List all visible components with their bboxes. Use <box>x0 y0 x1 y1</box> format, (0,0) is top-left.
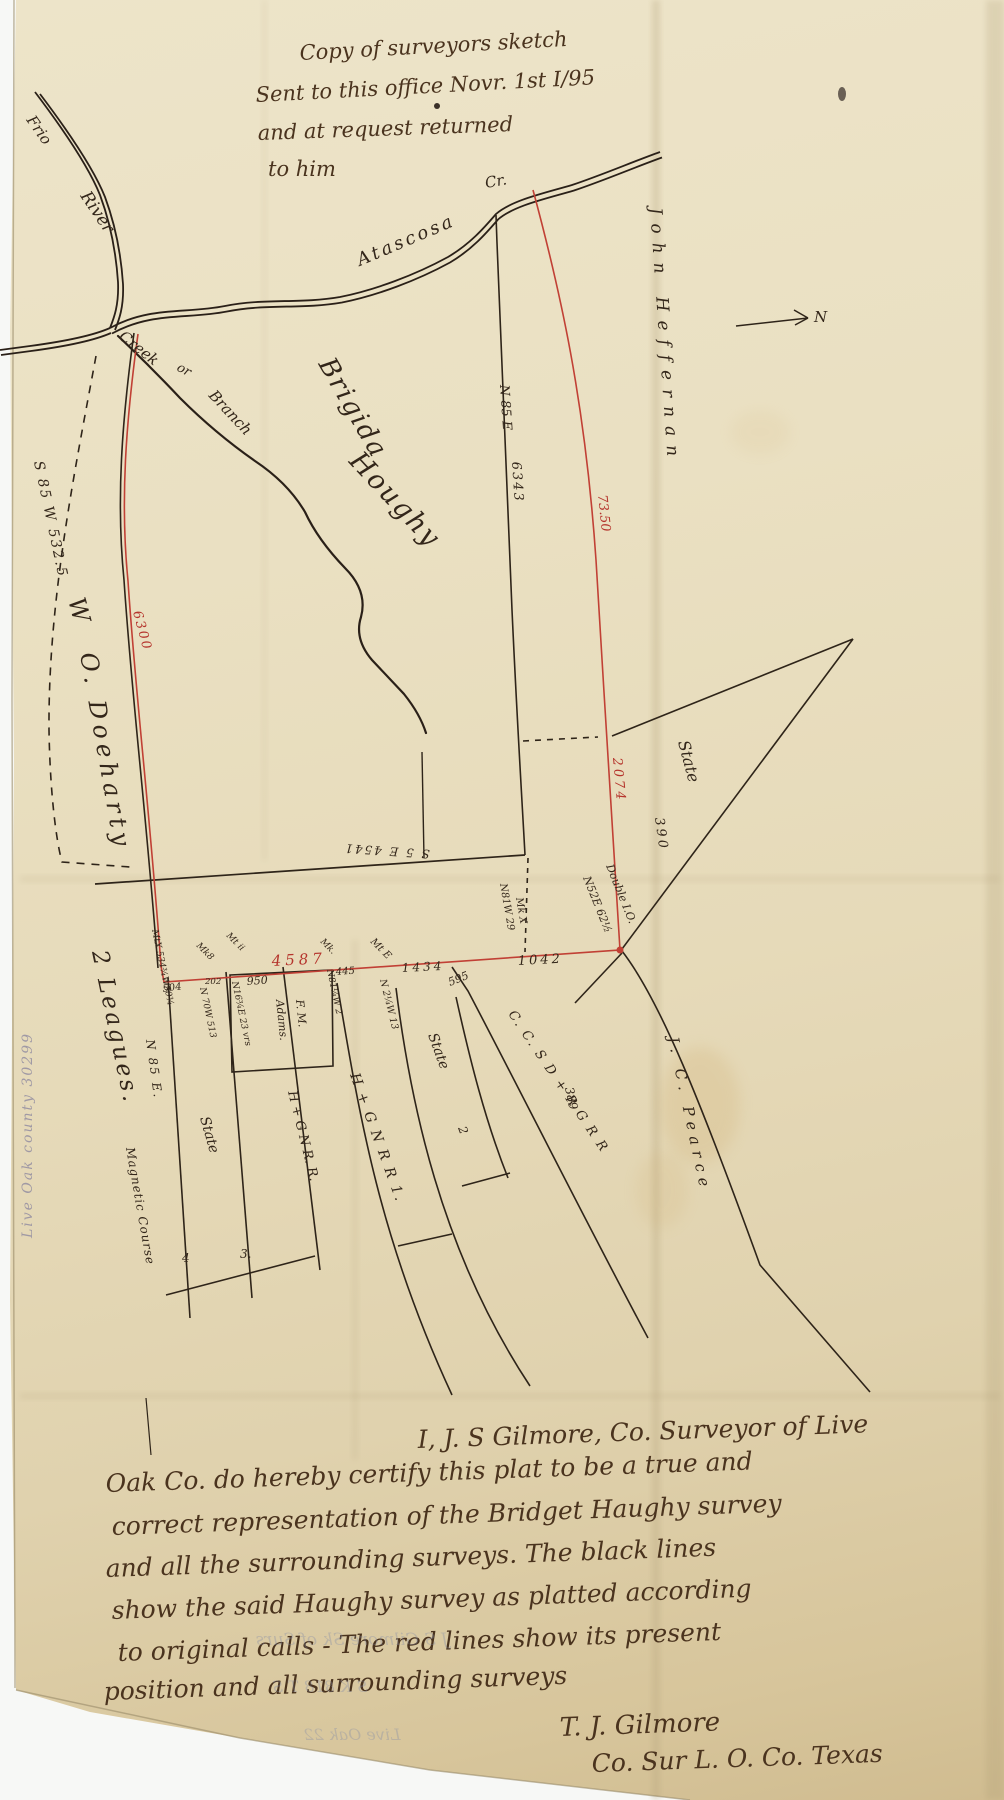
cr-label: Cr. <box>484 170 509 192</box>
hgn3-number: 3. <box>240 1247 251 1261</box>
cert-signature-title: Co. Sur L. O. Co. Texas <box>591 1739 883 1778</box>
atascosa-label: Atascosa <box>352 210 458 271</box>
red-east-line <box>533 190 620 950</box>
red-corner-marker <box>617 947 624 954</box>
ink-blot <box>838 87 846 101</box>
frio-label: Frio <box>22 111 55 148</box>
ccsd-label: C. C. S D + R G R R <box>505 1008 612 1156</box>
tie-mkx-call: N81W 29 <box>497 882 516 932</box>
top-note: Copy of surveyors sketch Sent to this of… <box>255 27 596 181</box>
hgn3-label: H + G N R. R. <box>284 1088 321 1182</box>
ccsd-left-line <box>452 967 648 1338</box>
dashed-offset-line <box>523 737 598 741</box>
map-svg: N Copy of surveyors sketch Sent to this … <box>0 0 1004 1800</box>
red-call-2074: 2074 <box>609 756 628 803</box>
call-950: 950 <box>246 974 268 988</box>
call-202: 202 <box>204 977 221 987</box>
note-line-4: to him <box>268 157 336 181</box>
branch-tie-line <box>422 752 424 858</box>
stray-line <box>146 1398 151 1455</box>
lot1-bottom-line <box>398 1234 452 1246</box>
call-595: 595 <box>446 969 470 989</box>
cert-line-4: and all the surrounding surveys. The bla… <box>105 1533 716 1583</box>
state4-number: 4 <box>181 1251 190 1265</box>
lot-line-5 <box>396 988 530 1386</box>
state2-number: 2 <box>455 1123 471 1136</box>
cert-signature: T. J. Gilmore <box>559 1707 720 1743</box>
doeharty-name-label: O. Doeharty <box>74 650 136 853</box>
s5e-call: S 5 E 4541 <box>343 841 430 861</box>
margin-pencil-note: Live Oak county 30299 <box>20 1032 36 1239</box>
n85e-distance: 6343 <box>508 461 526 503</box>
north-arrow <box>736 310 808 326</box>
call-1434: 1434 <box>401 959 444 975</box>
creek-label: Creek <box>116 327 163 369</box>
adams-label-1: F. M. <box>293 998 309 1028</box>
bleed-line-1: J S Gilmore Sk of Surs <box>256 1630 452 1650</box>
tie-mte-call: N 2¼W 13 <box>377 977 400 1031</box>
cert-line-1: I, J. S Gilmore, Co. Surveyor of Live <box>416 1409 868 1454</box>
state4-label: State <box>196 1115 222 1155</box>
corner-tick <box>575 953 622 1003</box>
tie-mtii-call: N16¾E 23 vrs <box>229 979 254 1047</box>
river-label: River <box>75 187 118 238</box>
tie-mk8-call: N 70W 513 <box>197 986 218 1040</box>
state2-right-line <box>456 997 508 1178</box>
certificate-block: I, J. S Gilmore, Co. Surveyor of Live Oa… <box>103 1409 883 1778</box>
note-line-3: and at request returned <box>257 112 513 145</box>
ink-blot <box>434 103 440 109</box>
bleed-line-2: S K 818 T S <box>272 1677 367 1696</box>
call-445: 445 <box>334 966 355 978</box>
scanned-survey-sketch: N Copy of surveyors sketch Sent to this … <box>0 0 1004 1800</box>
s85w-call: S 85 W 532.5 <box>30 460 70 580</box>
note-line-1: Copy of surveyors sketch <box>299 27 568 65</box>
tie-mtii: Mt ii <box>223 930 246 953</box>
houghy-label: Houghy <box>342 445 447 554</box>
tie-mk8: Mk8 <box>193 940 215 962</box>
ccsd-number: 389 <box>562 1086 581 1112</box>
branch-label: Branch <box>204 386 255 439</box>
lot-line-west <box>168 978 190 1318</box>
tie-mte: Mt E <box>367 936 393 962</box>
north-label: N <box>813 308 828 326</box>
state-390-label: State <box>674 738 703 784</box>
bleed-line-3: Live Oak 22 <box>303 1725 401 1744</box>
brigida-label: Brigida <box>311 352 393 464</box>
n85e-bearing: N 85 E <box>496 383 514 431</box>
black-east-line <box>496 215 525 855</box>
heffernan-survey-label: John Heffernan <box>645 204 683 466</box>
red-call-7350: 73.50 <box>594 494 613 533</box>
magnetic-course-label: Magnetic Course <box>123 1145 158 1266</box>
creek-branch-line <box>118 336 426 733</box>
black-survey-lines <box>49 215 870 1455</box>
note-line-2: Sent to this office Novr. 1st I/95 <box>255 65 596 107</box>
doeharty-leagues-label: 2 Leagues. <box>86 947 144 1107</box>
or-label: or <box>174 360 194 380</box>
magnetic-bearing: N 85 E. <box>143 1037 165 1099</box>
call-1042: 1042 <box>517 952 563 969</box>
waterway-lines <box>0 92 662 733</box>
red-call-4587: 4587 <box>270 949 326 970</box>
doeharty-w-label: W <box>62 594 96 627</box>
state2-bottom-line <box>462 1173 510 1186</box>
state2-label: State <box>424 1031 452 1072</box>
